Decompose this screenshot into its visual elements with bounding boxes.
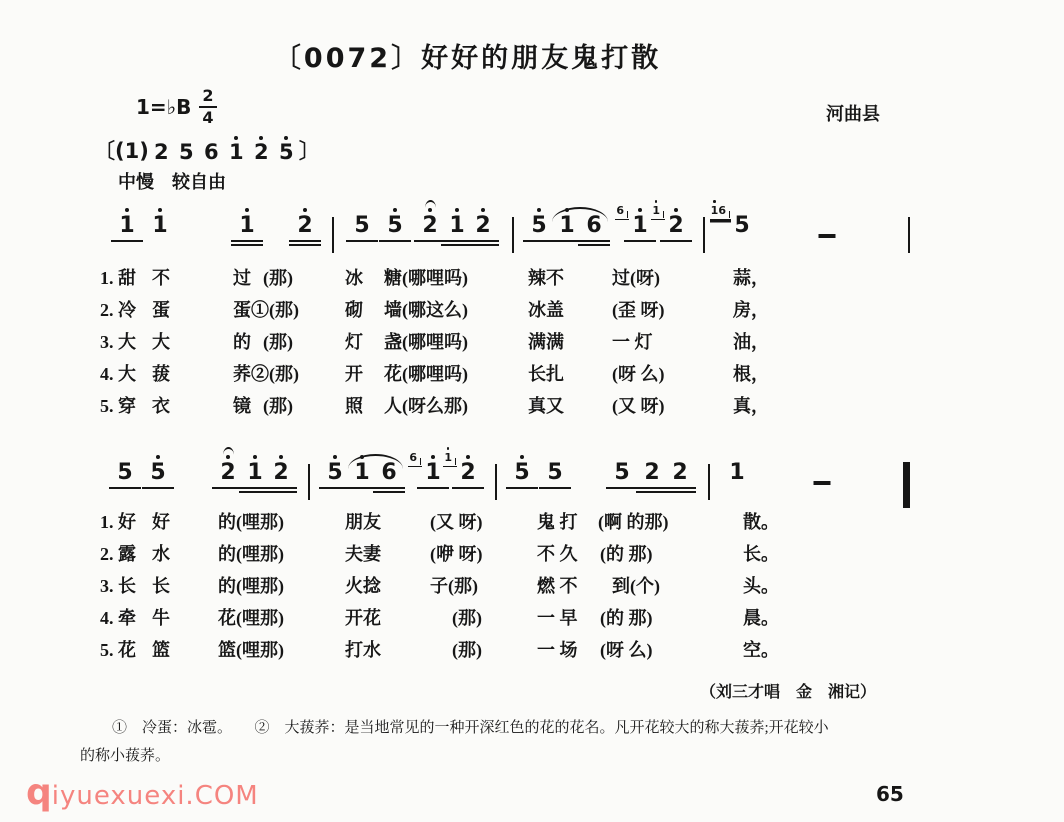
page-number: 65 [876, 782, 904, 806]
prelude-note: 5 [278, 136, 295, 163]
lyric-segment: 2. [100, 298, 114, 322]
lyric-segment: 盏(哪哩吗) [384, 330, 468, 354]
jianpu-note: 5 [113, 452, 137, 502]
note-digit: 5 [543, 462, 567, 484]
time-signature-numerator: 2 [199, 88, 216, 108]
time-signature: 2 4 [199, 88, 216, 126]
verse-block-2-row-5: 5.花篮篮(哩那)打水(那)一 场(呀 么)空。 [0, 638, 1064, 664]
note-digit: 2 [664, 215, 688, 237]
note-digit: 2 [269, 462, 293, 484]
duration-underline [231, 244, 263, 246]
lyric-segment: 灯 [345, 330, 363, 354]
duration-underline [606, 487, 638, 489]
grace-note-digit: 6 [616, 205, 624, 216]
lyric-segment: 头。 [743, 574, 779, 598]
lyric-segment: 鬼 打 [537, 510, 578, 534]
octave-dot [279, 455, 283, 459]
note-digit: 5 [510, 462, 534, 484]
octave-dot [431, 455, 435, 459]
note-digit: 6 [204, 142, 219, 163]
prelude-close-bracket: 〕 [299, 141, 320, 163]
jianpu-note: 5 [383, 205, 407, 255]
verse-block-2-row-4: 4.牵牛花(哩那)开花(那)一 早(的 那)晨。 [0, 606, 1064, 632]
note-digit: 5 [323, 462, 347, 484]
verse-block-2-row-1: 1.好好的(哩那)朋友(又 呀)鬼 打(啊 的那)散。 [0, 510, 1064, 536]
lyric-segment: 蛋①(那) [233, 298, 299, 322]
jianpu-note: 1 [235, 205, 259, 255]
note-digit: 5 [179, 142, 194, 163]
octave-dot [253, 455, 257, 459]
lyric-segment: 荞②(那) [233, 362, 299, 386]
octave-dot [393, 208, 397, 212]
time-signature-denominator: 4 [202, 108, 213, 126]
lyric-segment: 晨。 [743, 606, 779, 630]
footnote-line-2: 的称小菝荞。 [80, 744, 170, 765]
note-digit: 1 [421, 462, 445, 484]
lyric-segment: (的 那) [600, 606, 653, 630]
barline [908, 217, 910, 253]
octave-dot [674, 208, 678, 212]
key-signature: 1=♭B 2 4 [136, 88, 217, 126]
grace-note-digit: 1 [444, 452, 452, 463]
lyric-segment: 4. [100, 606, 114, 630]
duration-underline [289, 244, 321, 246]
duration-underline [467, 240, 499, 242]
duration-underline [265, 491, 297, 493]
grace-octave-dot [655, 200, 658, 203]
note-digit: 5 [350, 215, 374, 237]
jianpu-note: 165 [730, 205, 754, 255]
lyric-segment: 真又 [528, 394, 564, 418]
note-digit: 1 [445, 215, 469, 237]
lyric-segment: 火捻 [345, 574, 381, 598]
duration-underline [578, 244, 610, 246]
duration-underline [289, 240, 321, 242]
note-digit: 1 [243, 462, 267, 484]
jianpu-note: 1 [115, 205, 139, 255]
note-digit: 2 [456, 462, 480, 484]
watermark-initial: q [26, 772, 52, 813]
region-label: 河曲县 [826, 100, 880, 126]
jianpu-note: 5 [146, 452, 170, 502]
lyric-segment: 过(呀) [612, 266, 660, 290]
octave-dot [156, 455, 160, 459]
lyric-segment: (又 呀) [612, 394, 665, 418]
verse-block-1-row-3: 3.大大的(那)灯盏(哪哩吗)满满一 灯油， [0, 330, 1064, 356]
lyric-segment: 花(哩那) [218, 606, 284, 630]
octave-dot [466, 455, 470, 459]
octave-dot [638, 208, 642, 212]
grace-notes: 1 [651, 205, 665, 220]
lyric-segment: 房， [733, 298, 769, 322]
jianpu-note: 2 [216, 452, 240, 502]
jianpu-note: 2 [293, 205, 317, 255]
score-line-2: 552125166112555221 [0, 452, 1064, 510]
lyric-segment: 照 [345, 394, 363, 418]
grace-notes: 1 [443, 452, 457, 467]
jianpu-note: 2 [471, 205, 495, 255]
note-digit: 5 [730, 215, 754, 237]
note-digit: 2 [668, 462, 692, 484]
accent-arc [223, 447, 234, 455]
lyric-segment: 篮(哩那) [218, 638, 284, 662]
duration-underline [539, 487, 571, 489]
lyric-segment: 到(个) [612, 574, 660, 598]
songbook-page: 〔0072〕好好的朋友鬼打散 1=♭B 2 4 河曲县 〔(1) 256125 … [0, 0, 1064, 822]
lyric-segment: 一 场 [537, 638, 578, 662]
duration-underline [506, 487, 538, 489]
lyric-segment: 镜 [233, 394, 251, 418]
key-text: 1=♭B [136, 95, 191, 119]
duration-underline [452, 487, 484, 489]
prelude-note: 2 [153, 136, 170, 163]
lyric-segment: 朋友 [345, 510, 381, 534]
prelude-note: 6 [203, 136, 220, 163]
duration-underline [109, 487, 141, 489]
barline [703, 217, 705, 253]
octave-dot [245, 208, 249, 212]
grace-octave-dot [447, 447, 450, 450]
lyric-segment: 冰 [345, 266, 363, 290]
lyric-segment: 蛋 [152, 298, 170, 322]
duration-underline [231, 240, 263, 242]
lyric-segment: 5. [100, 638, 114, 662]
jianpu-note: 1 [243, 452, 267, 502]
grace-note-digit: 6 [718, 205, 726, 216]
note-digit: 5 [527, 215, 551, 237]
note-digit: 2 [418, 215, 442, 237]
prelude-note: 2 [253, 136, 270, 163]
site-watermark: qiyuexuexi.COM [26, 772, 259, 813]
verse-block-2-row-2: 2.露水的(哩那)夫妻(咿 呀)不 久(的 那)长。 [0, 542, 1064, 568]
prelude-notation: 〔(1) 256125 〕 [94, 136, 320, 163]
jianpu-note: 61 [628, 205, 652, 255]
lyric-segment: 的(哩那) [218, 510, 284, 534]
verse-block-1-row-5: 5.穿衣镜(那)照人(呀么那)真又(又 呀)真， [0, 394, 1064, 420]
lyric-segment: 甜 [118, 266, 136, 290]
octave-dot [537, 208, 541, 212]
jianpu-note: 5 [323, 452, 347, 502]
note-digit: 2 [471, 215, 495, 237]
octave-dot [333, 455, 337, 459]
prelude-notes: 256125 [153, 136, 295, 163]
lyric-segment: 真， [733, 394, 769, 418]
final-barline [903, 462, 910, 508]
grace-notes: 16 [710, 205, 731, 220]
lyric-segment: 糖(哪哩吗) [384, 266, 468, 290]
octave-dot [158, 208, 162, 212]
duration-dash [819, 234, 836, 238]
lyric-segment: 长扎 [528, 362, 564, 386]
lyric-segment: 2. [100, 542, 114, 566]
lyric-segment: 长 [118, 574, 136, 598]
jianpu-note: 2 [640, 452, 664, 502]
lyric-segment: 一 早 [537, 606, 578, 630]
jianpu-note: 12 [664, 205, 688, 255]
note-digit: 1 [148, 215, 172, 237]
barline [332, 217, 334, 253]
octave-dot [428, 208, 432, 212]
jianpu-note: 5 [510, 452, 534, 502]
lyric-segment: 开花 [345, 606, 381, 630]
lyric-segment: 油， [733, 330, 769, 354]
grace-notes: 6 [615, 205, 629, 220]
lyric-segment: 根， [733, 362, 769, 386]
lyric-segment: 不 [152, 266, 170, 290]
duration-underline [142, 487, 174, 489]
accent-arc [425, 200, 436, 208]
lyric-segment: 燃 不 [537, 574, 578, 598]
note-digit: 1 [115, 215, 139, 237]
lyric-segment: 1. [100, 266, 114, 290]
duration-underline [467, 244, 499, 246]
prelude-note: 1 [228, 136, 245, 163]
lyric-segment: (那) [452, 606, 482, 630]
duration-underline [373, 487, 405, 489]
lyric-segment: 冰盖 [528, 298, 564, 322]
jianpu-note: 2 [668, 452, 692, 502]
octave-dot [226, 455, 230, 459]
jianpu-note: 1 [725, 452, 749, 502]
watermark-text: iyuexuexi.COM [52, 781, 259, 811]
note-digit: 2 [640, 462, 664, 484]
prelude-open-bracket: 〔(1) [94, 141, 149, 163]
barline [512, 217, 514, 253]
lyric-segment: 5. [100, 394, 114, 418]
jianpu-note: 5 [350, 205, 374, 255]
jianpu-note: 5 [527, 205, 551, 255]
lyric-segment: 大 [118, 330, 136, 354]
lyric-segment: 夫妻 [345, 542, 381, 566]
octave-dot [455, 208, 459, 212]
duration-underline [660, 240, 692, 242]
verse-block-1-row-1: 1.甜不过(那)冰糖(哪哩吗)辣不过(呀)蒜， [0, 266, 1064, 292]
lyric-segment: (那) [263, 266, 293, 290]
note-digit: 1 [235, 215, 259, 237]
duration-underline [373, 491, 405, 493]
note-digit: 2 [254, 142, 269, 163]
lyric-segment: (呀 么) [612, 362, 665, 386]
barline [308, 464, 310, 500]
lyric-segment: (歪 呀) [612, 298, 665, 322]
lyric-segment: 3. [100, 330, 114, 354]
lyric-segment: 空。 [743, 638, 779, 662]
note-digit: 2 [216, 462, 240, 484]
lyric-segment: 墙(哪这么) [384, 298, 468, 322]
lyric-segment: 打水 [345, 638, 381, 662]
lyric-segment: 的(哩那) [218, 574, 284, 598]
duration-underline [346, 240, 378, 242]
jianpu-note: 12 [456, 452, 480, 502]
grace-notes: 6 [408, 452, 422, 467]
lyric-segment: 子(那) [430, 574, 478, 598]
lyric-segment: 长 [152, 574, 170, 598]
jianpu-note: 1 [445, 205, 469, 255]
jianpu-note: 2 [418, 205, 442, 255]
lyric-segment: 长。 [743, 542, 779, 566]
grace-note-digit: 6 [409, 452, 417, 463]
barline [708, 464, 710, 500]
lyric-segment: 菝 [152, 362, 170, 386]
lyric-segment: (那) [452, 638, 482, 662]
lyric-segment: 牵 [118, 606, 136, 630]
lyric-segment: (的 那) [600, 542, 653, 566]
grace-note-digit: 1 [711, 205, 719, 216]
lyric-segment: 衣 [152, 394, 170, 418]
lyric-segment: 4. [100, 362, 114, 386]
prelude-note: 5 [178, 136, 195, 163]
lyric-segment: 大 [118, 362, 136, 386]
lyric-segment: 冷 [118, 298, 136, 322]
octave-dot [520, 455, 524, 459]
duration-underline [265, 487, 297, 489]
lyric-segment: (啊 的那) [598, 510, 669, 534]
lyric-segment: 1. [100, 510, 114, 534]
lyric-segment: 辣不 [528, 266, 564, 290]
lyric-segment: (咿 呀) [430, 542, 483, 566]
verse-block-1-row-2: 2.冷蛋蛋①(那)砌墙(哪这么)冰盖(歪 呀)房， [0, 298, 1064, 324]
duration-underline [664, 487, 696, 489]
lyric-segment: 人(呀么那) [384, 394, 468, 418]
lyric-segment: 花(哪哩吗) [384, 362, 468, 386]
lyric-segment: 蒜， [733, 266, 769, 290]
lyric-segment: 散。 [743, 510, 779, 534]
duration-underline [664, 491, 696, 493]
note-digit: 1 [229, 142, 244, 163]
octave-dot [125, 208, 129, 212]
lyric-segment: 好 [118, 510, 136, 534]
lyric-segment: 好 [152, 510, 170, 534]
duration-dash [814, 481, 831, 485]
lyric-segment: 一 灯 [612, 330, 653, 354]
score-line-1: 1112552125166112165 [0, 205, 1064, 263]
lyric-segment: 的(哩那) [218, 542, 284, 566]
lyric-segment: 篮 [152, 638, 170, 662]
verse-block-2-row-3: 3.长长的(哩那)火捻子(那)燃 不到(个)头。 [0, 574, 1064, 600]
duration-underline [624, 240, 656, 242]
lyric-segment: 过 [233, 266, 251, 290]
jianpu-note: 5 [610, 452, 634, 502]
jianpu-note: 5 [543, 452, 567, 502]
singer-recorder-credit: （刘三才唱 金 湘记） [700, 679, 876, 702]
lyric-segment: 大 [152, 330, 170, 354]
verse-block-1-row-4: 4.大菝荞②(那)开花(哪哩吗)长扎(呀 么)根， [0, 362, 1064, 388]
note-digit: 5 [383, 215, 407, 237]
note-digit: 2 [293, 215, 317, 237]
lyric-segment: 砌 [345, 298, 363, 322]
octave-dot [303, 208, 307, 212]
note-digit: 5 [113, 462, 137, 484]
tempo-marking: 中慢 较自由 [118, 168, 226, 194]
note-digit: 2 [154, 142, 169, 163]
duration-underline [578, 240, 610, 242]
barline [495, 464, 497, 500]
grace-octave-dot [713, 200, 716, 203]
lyric-segment: (那) [263, 330, 293, 354]
footnote-line-1: ① 冷蛋：冰雹。 ② 大菝荞：是当地常见的一种开深红色的花的花名。凡开花较大的称… [112, 716, 829, 737]
lyric-segment: 不 久 [537, 542, 578, 566]
note-digit: 5 [146, 462, 170, 484]
lyric-segment: (又 呀) [430, 510, 483, 534]
lyric-segment: 牛 [152, 606, 170, 630]
lyric-segment: 露 [118, 542, 136, 566]
jianpu-note: 1 [148, 205, 172, 255]
lyric-segment: 花 [118, 638, 136, 662]
lyric-segment: (那) [263, 394, 293, 418]
lyric-segment: 穿 [118, 394, 136, 418]
song-title: 〔0072〕好好的朋友鬼打散 [0, 36, 935, 75]
duration-underline [417, 487, 449, 489]
note-digit: 1 [725, 462, 749, 484]
jianpu-note: 61 [421, 452, 445, 502]
duration-underline [111, 240, 143, 242]
lyric-segment: (呀 么) [600, 638, 653, 662]
duration-underline [379, 240, 411, 242]
note-digit: 5 [279, 142, 294, 163]
jianpu-note: 2 [269, 452, 293, 502]
lyric-segment: 3. [100, 574, 114, 598]
lyric-segment: 水 [152, 542, 170, 566]
octave-dot [481, 208, 485, 212]
lyric-segment: 的 [233, 330, 251, 354]
lyric-segment: 满满 [528, 330, 564, 354]
lyric-segment: 开 [345, 362, 363, 386]
note-digit: 1 [628, 215, 652, 237]
note-digit: 5 [610, 462, 634, 484]
grace-note-digit: 1 [652, 205, 660, 216]
